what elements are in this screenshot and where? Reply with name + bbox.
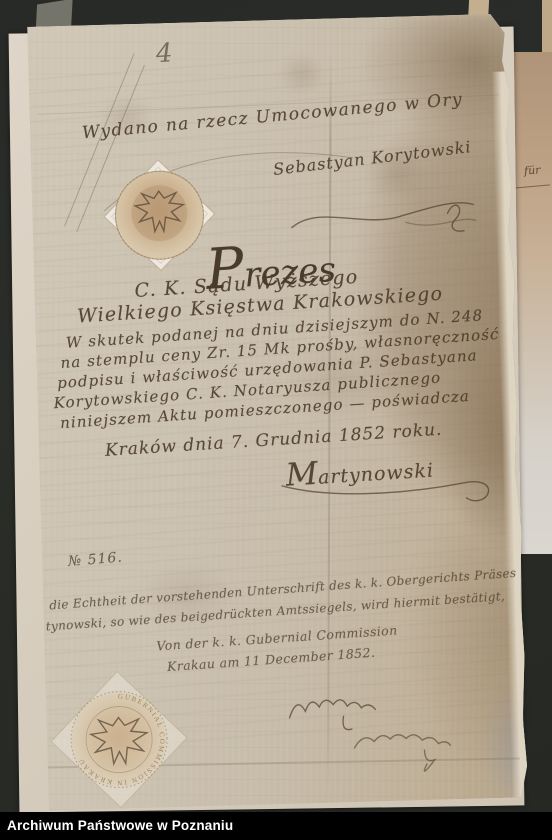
official-stamp-seal-bottom: GUBERNIAL COMMISSION IN KRAKAU [27,647,212,812]
pencil-page-number: 4 [155,38,173,69]
signature-underline-flourish [276,472,497,518]
side-page-rule-line [514,184,550,188]
document-page: 4 Wydano na rzecz Umocowanego w Ory Seba… [27,13,529,810]
reference-number: № 516. [67,550,123,570]
official-signatures [281,682,499,788]
archive-name-label: Archiwum Państwowe w Poznaniu [0,812,552,839]
embossed-wax-seal-top [88,143,232,287]
caption-bar: Archiwum Państwowe w Poznaniu [0,812,552,840]
side-page-annotation: für [524,163,541,177]
archive-scan-view: für 4 Wydano na rzecz Umocowanego w Ory [0,0,552,840]
paper-strip-top-right [542,0,552,58]
photo-background: für 4 Wydano na rzecz Umocowanego w Ory [0,0,552,812]
